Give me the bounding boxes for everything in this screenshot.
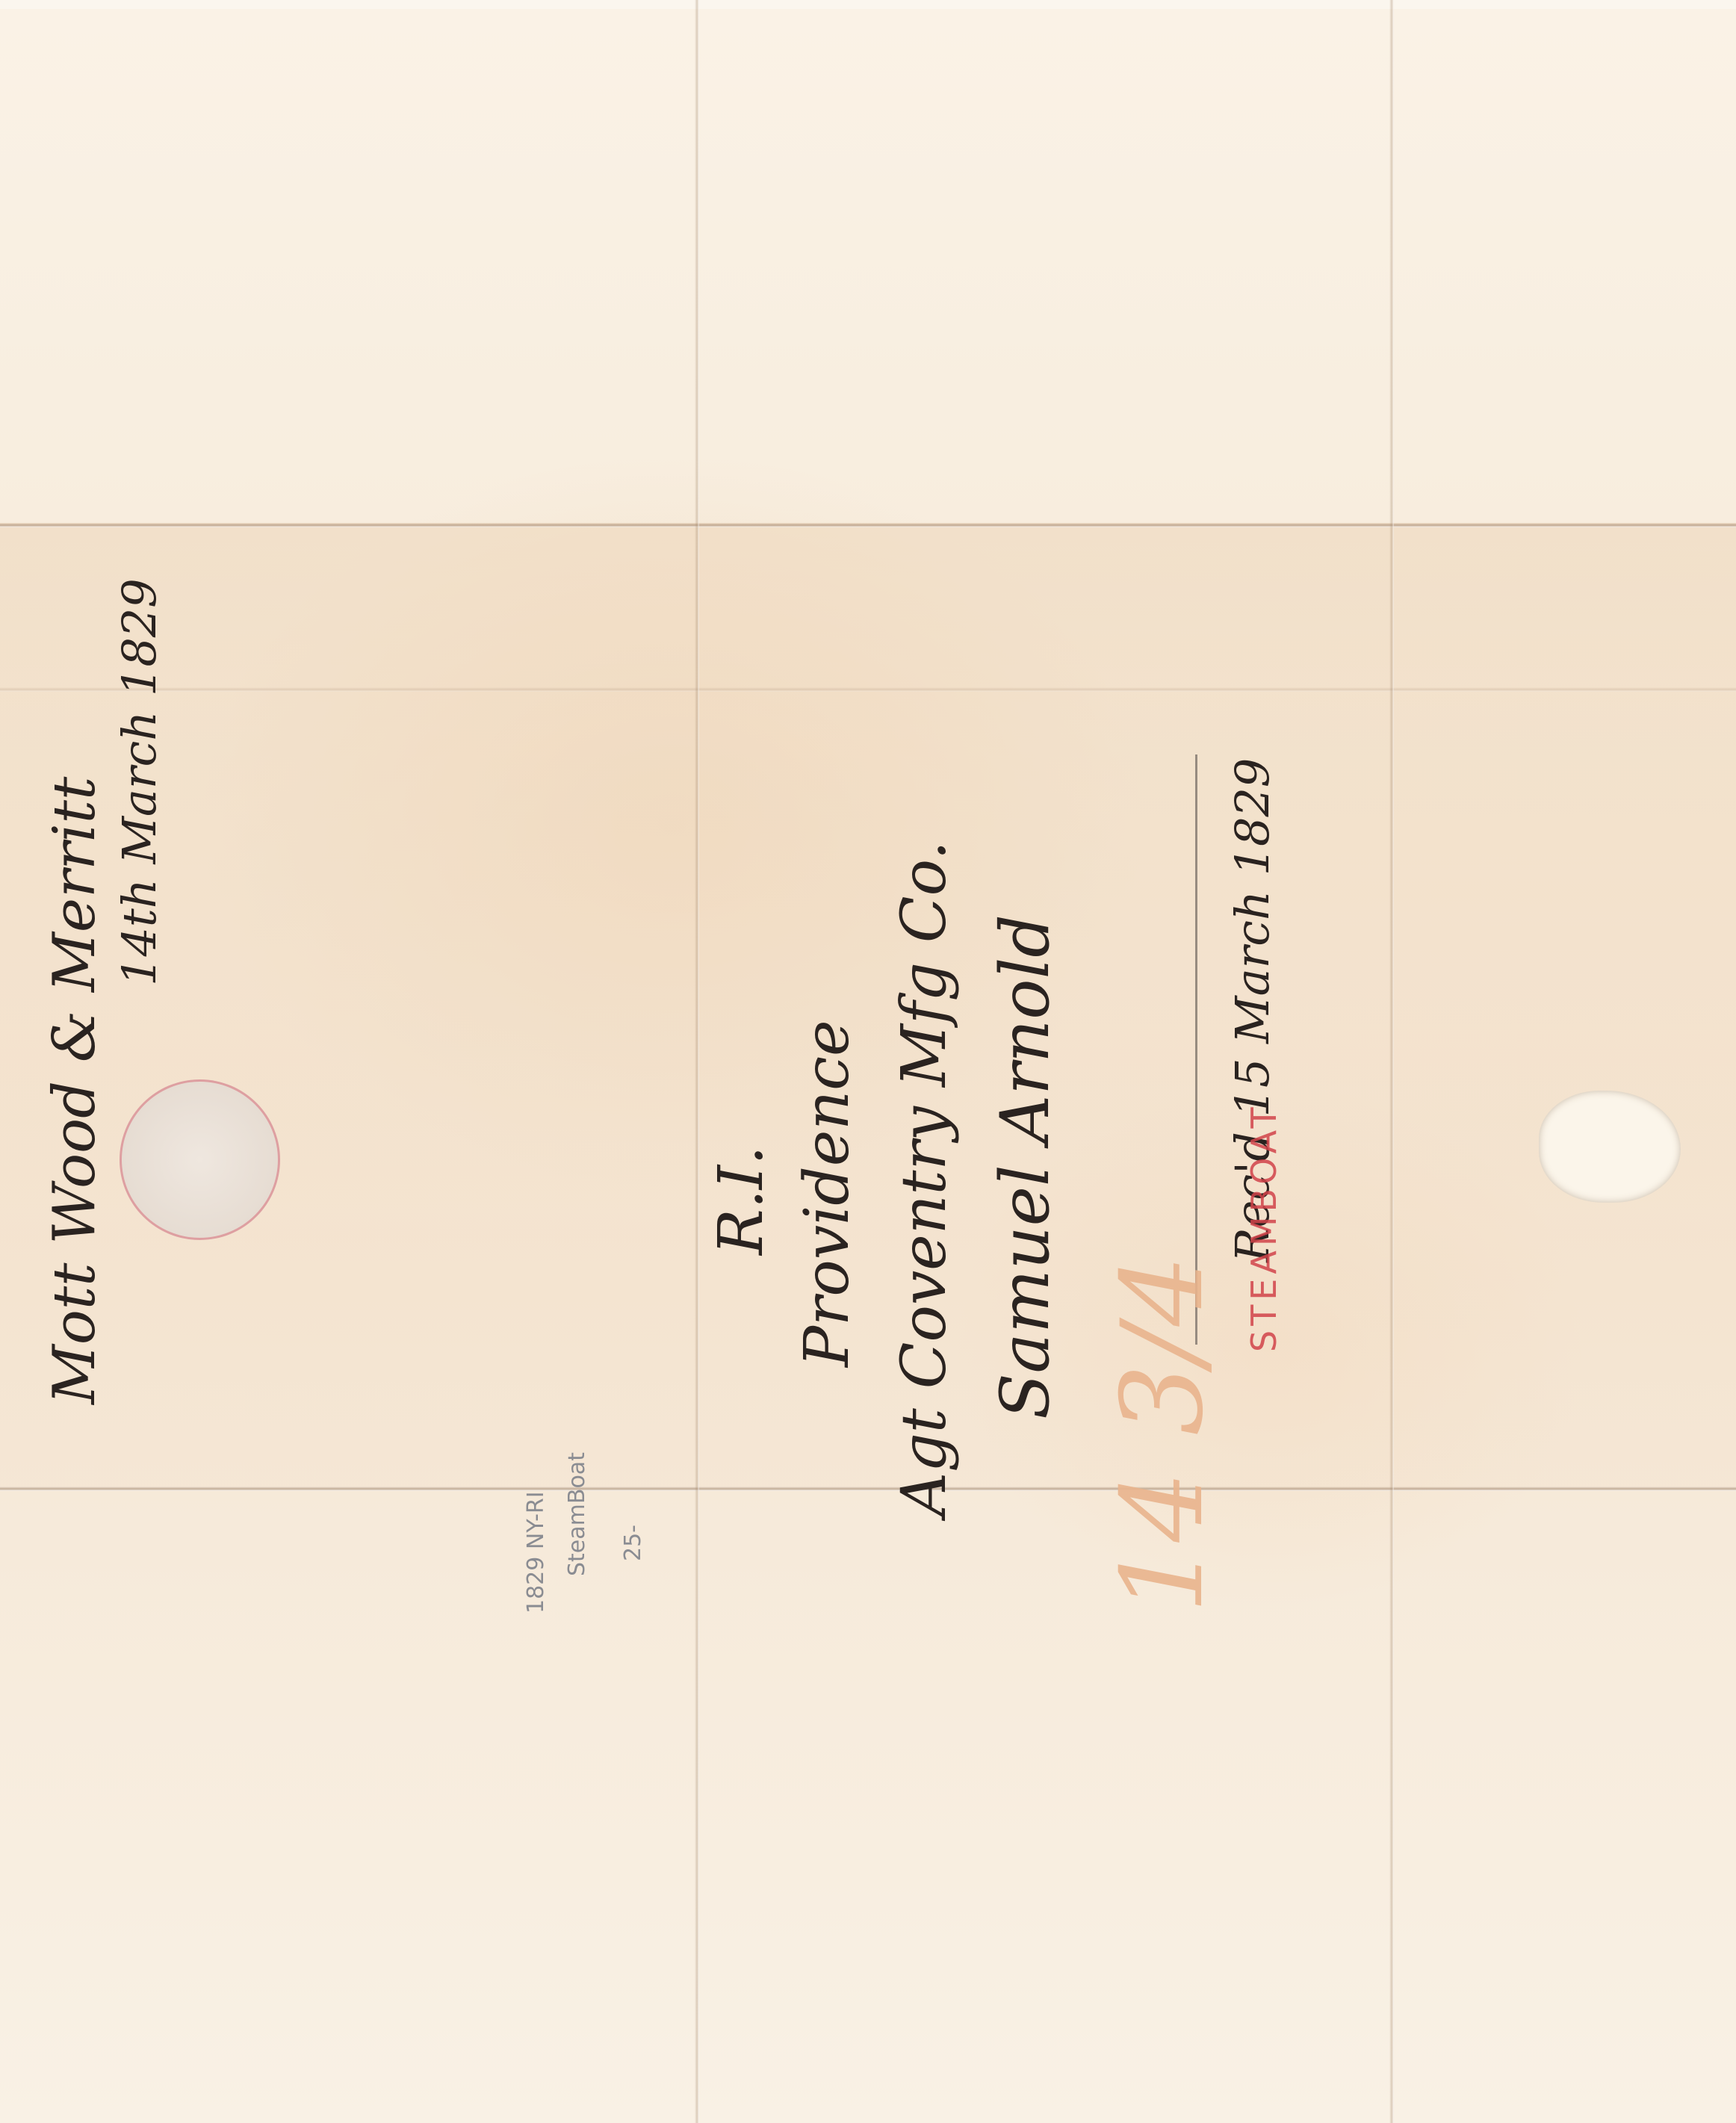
wax-seal-remnant bbox=[120, 1079, 280, 1240]
fold-line-horizontal bbox=[0, 1487, 1736, 1491]
pencil-note-price: 25- bbox=[620, 1525, 646, 1561]
fold-line-vertical bbox=[1389, 0, 1394, 2123]
steamboat-postmark: STEAMBOAT bbox=[1244, 1103, 1284, 1352]
pencil-note-route: 1829 NY-RI bbox=[523, 1491, 549, 1614]
fold-line-vertical bbox=[695, 0, 699, 2123]
paper-top-edge bbox=[0, 0, 1736, 9]
address-line2: Agt Coventry Mfg Co. bbox=[889, 840, 960, 1516]
address-name: Samuel Arnold bbox=[986, 914, 1064, 1419]
address-state: R.I. bbox=[706, 1146, 777, 1255]
docket-date: 14th March 1829 bbox=[112, 578, 167, 986]
pencil-note-steamboat: SteamBoat bbox=[564, 1452, 590, 1576]
rate-marking: 14 3/4 bbox=[1098, 1255, 1228, 1614]
docket-sender: Mott Wood & Merritt bbox=[41, 777, 108, 1404]
fold-line-horizontal bbox=[0, 523, 1736, 527]
center-panel-stain bbox=[0, 523, 1736, 1487]
fold-line-horizontal bbox=[0, 687, 1736, 692]
address-city: Providence bbox=[792, 1020, 863, 1367]
